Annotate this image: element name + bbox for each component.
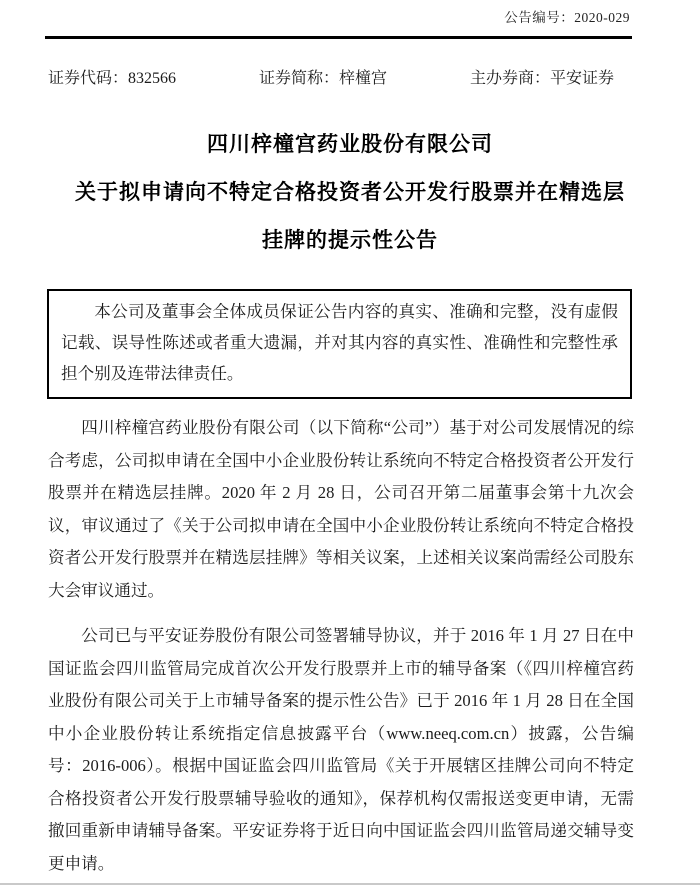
board-disclaimer-box: 本公司及董事会全体成员保证公告内容的真实、准确和完整，没有虚假记载、误导性陈述或…	[47, 289, 632, 399]
sponsor-item: 主办券商：平安证券	[470, 65, 614, 88]
stock-name-item: 证券简称：梓橦宫	[259, 65, 387, 88]
announcement-document-page: 公告编号：2020-029 证券代码：832566 证券简称：梓橦宫 主办券商：…	[0, 0, 700, 885]
paragraph-board-resolution: 四川梓橦宫药业股份有限公司（以下简称“公司”）基于对公司发展情况的综合考虑，公司…	[48, 412, 634, 607]
stock-code-label: 证券代码：	[48, 70, 128, 87]
title-line-company: 四川梓橦宫药业股份有限公司	[0, 120, 700, 168]
paragraph-sponsor-filing: 公司已与平安证券股份有限公司签署辅导协议，并于 2016 年 1 月 27 日在…	[48, 620, 634, 880]
announcement-body: 四川梓橦宫药业股份有限公司（以下简称“公司”）基于对公司发展情况的综合考虑，公司…	[48, 412, 634, 880]
header-divider-rule	[45, 36, 632, 39]
title-line-subject: 关于拟申请向不特定合格投资者公开发行股票并在精选层	[0, 168, 700, 216]
title-line-type: 挂牌的提示性公告	[0, 216, 700, 264]
sponsor-label: 主办券商：	[470, 70, 550, 87]
announcement-number: 公告编号：2020-029	[504, 6, 630, 26]
stock-name-value: 梓橦宫	[339, 70, 387, 87]
securities-info-row: 证券代码：832566 证券简称：梓橦宫 主办券商：平安证券	[48, 65, 614, 88]
stock-code-value: 832566	[128, 70, 176, 87]
document-title: 四川梓橦宫药业股份有限公司 关于拟申请向不特定合格投资者公开发行股票并在精选层 …	[0, 120, 700, 264]
stock-code-item: 证券代码：832566	[48, 65, 176, 88]
sponsor-value: 平安证券	[550, 70, 614, 87]
stock-name-label: 证券简称：	[259, 70, 339, 87]
